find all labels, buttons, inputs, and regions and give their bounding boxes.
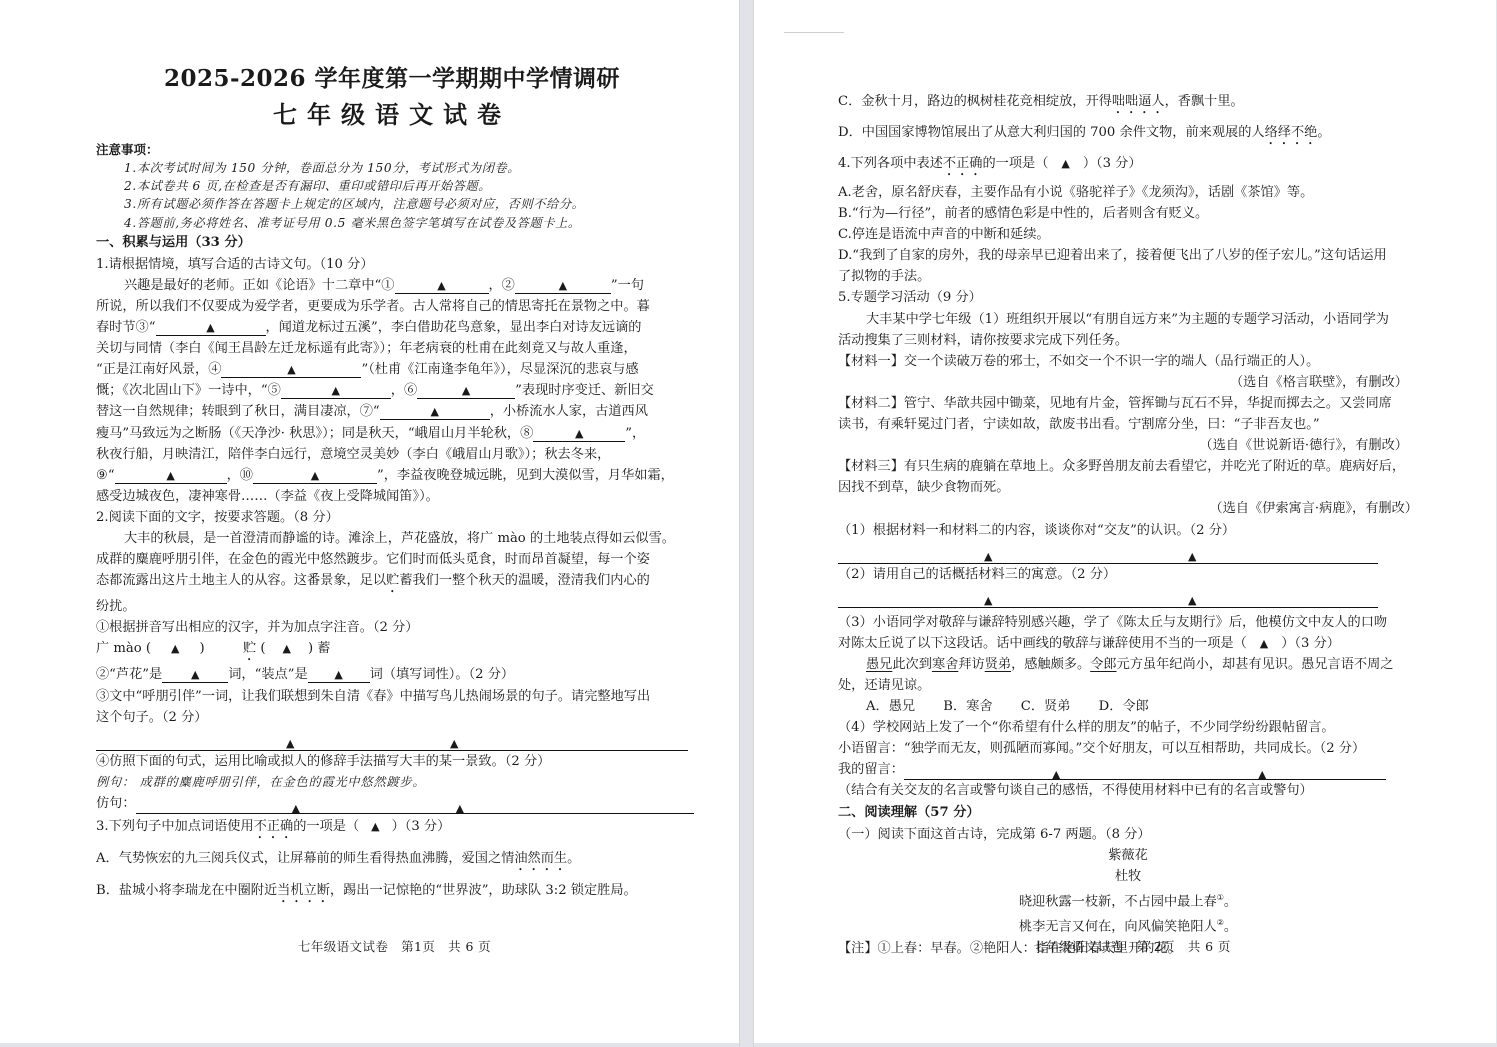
notice-block: 注意事项： 1.本次考试时间为 150 分钟，卷面总分为 150分，考试形式为闭…	[96, 140, 688, 232]
poem-line: 晓迎秋露一枝新，不占园中最上春①。	[838, 887, 1418, 912]
answer-marker-icon: ▲	[171, 642, 179, 655]
section-2-heading: 二、阅读理解（57 分）	[838, 802, 1418, 824]
question-1: 1.请根据情境，填写合适的古诗文句。（10 分） 兴趣是最好的老师。正如《论语》…	[96, 254, 688, 507]
imitation-row: 仿句：▲▲	[96, 793, 688, 814]
answer-marker-icon: ▲	[430, 405, 438, 418]
notice-heading: 注意事项：	[96, 140, 688, 159]
text: B．盐城小将李瑞龙在中圈附近	[96, 883, 277, 898]
dotted-text: 络绎不绝	[1265, 125, 1318, 140]
imitation-label: 仿句：	[96, 796, 136, 811]
question-1-line: 秋夜行船，月映清江，陪伴李白远行，意境空灵美妙（李白《峨眉山月歌》）；秋去冬来，	[96, 444, 688, 465]
text: ”一句	[611, 278, 644, 293]
question-1-line: 兴趣是最好的老师。正如《论语》十二章中“①▲，②▲”一句	[96, 275, 688, 296]
text: ⑨“	[96, 468, 115, 483]
material-1-source: （选自《格言联壁》，有删改）	[838, 372, 1418, 393]
text: 替这一自然规律；转眼到了秋日，满目凄凉，⑦“	[96, 404, 380, 419]
section-1-heading: 一、积累与运用（33 分）	[96, 232, 688, 254]
text: 态都流露出这片土地主人的从容。这番景象，足以	[96, 573, 386, 588]
answer-blank-10[interactable]: ▲	[253, 468, 377, 484]
exam-subtitle: 七年级语文试卷	[96, 96, 688, 134]
question-1-line: 瘦马”马致远为之断肠（《天净沙· 秋思》）；同是秋天，“峨眉山月半轮秋，⑧▲”，	[96, 423, 688, 444]
text: 的一项是（	[293, 819, 359, 834]
notice-item: 3.所有试题必须作答在答题卡上规定的区域内，注意题号必须对应，否则不给分。	[96, 195, 688, 213]
question-4-heading: 4.下列各项中表述不正确的一项是（ ▲ ）（3 分）	[838, 153, 1418, 179]
question-1-line: 慨；《次北固山下》一诗中，“⑤▲，⑥▲”表现时序变迁、新旧交	[96, 380, 688, 401]
option-b: B．盐城小将李瑞龙在中圈附近当机立断，踢出一记惊艳的“世界波”，助球队 3:2 …	[96, 880, 688, 906]
text: 词（填写词性）。（2 分）	[370, 667, 514, 682]
answer-blank[interactable]: ▲	[162, 667, 228, 683]
answer-blank-9[interactable]: ▲	[115, 468, 227, 484]
part-1-heading: （一）阅读下面这首古诗，完成第 6-7 两题。（8 分）	[838, 824, 1418, 845]
answer-blank-6[interactable]: ▲	[417, 383, 515, 399]
text: 春时节③“	[96, 320, 156, 335]
question-1-line: 春时节③“▲，闻道龙标过五溪”，李白借助花鸟意象，显出李白对诗友远谪的	[96, 317, 688, 338]
sub-question-4: （4）学校网站上发了一个“你希望有什么样的朋友”的帖子，不少同学纷纷跟帖留言。	[838, 717, 1418, 738]
answer-marker-icon: ▲	[166, 469, 174, 482]
underlined-word: 寒舍	[932, 657, 958, 672]
option-c: C．贤弟	[1021, 696, 1071, 717]
question-2-heading: 2.阅读下面的文字，按要求答题。（8 分）	[96, 507, 688, 528]
answer-marker-icon: ▲	[292, 798, 300, 819]
notice-item: 2.本试卷共 6 页,在检查是否有漏印、重印或错印后再开始答题。	[96, 177, 688, 195]
answer-line[interactable]: ▲ ▲	[96, 730, 688, 751]
text: ，感触颇多。	[1011, 657, 1090, 672]
question-1-line: “正是江南好风景，④▲”（杜甫《江南逢李龟年》），尽显深沉的悲哀与感	[96, 359, 688, 380]
answer-marker-icon: ▲	[191, 668, 199, 681]
option-a: A.老舍，原名舒庆春，主要作品有小说《骆驼祥子》《龙须沟》，话剧《茶馆》等。	[838, 182, 1418, 203]
answer-marker-icon: ▲	[287, 363, 295, 376]
answer-marker-icon: ▲	[1061, 157, 1069, 170]
answer-marker-icon: ▲	[984, 590, 992, 611]
text: 拜访	[958, 657, 984, 672]
text: ”，	[625, 426, 645, 441]
material-2: 【材料二】管宁、华歆共园中锄菜，见地有片金，管挥锄与瓦石不异，华捉而掷去之。又尝…	[838, 393, 1418, 414]
passage-line: 纷扰。	[96, 596, 688, 617]
text: ）（3 分）	[1281, 636, 1340, 651]
text: 。	[1224, 894, 1237, 909]
answer-marker-icon: ▲	[332, 384, 340, 397]
answer-blank-7[interactable]: ▲	[380, 404, 490, 420]
answer-blank[interactable]: ▲	[308, 667, 370, 683]
answer-slot[interactable]: ▲	[363, 816, 387, 837]
answer-slot[interactable]: ▲	[1053, 153, 1079, 174]
answer-blank-8[interactable]: ▲	[533, 426, 625, 442]
sub-question-3: ③文中“呼朋引伴”一词，让我们联想到朱自清《春》中描写鸟儿热闹场景的句子。请完整…	[96, 686, 688, 707]
text: 桃李无言又何在，向风偏笑艳阳人	[1019, 920, 1217, 935]
text: ，闻道龙标过五溪”，李白借助花鸟意象，显出李白对诗友远谪的	[266, 320, 642, 335]
text: 元方虽年纪尚小，却甚有见识。愚兄言语不周之	[1117, 657, 1394, 672]
option-c: C．金秋十月，路边的枫树桂花竞相绽放，开得咄咄逼人，香飘十里。	[838, 91, 1418, 117]
sub-question-2: （2）请用自己的话概括材料三的寓意。（2 分）	[838, 564, 1418, 585]
text: ，香飘十里。	[1165, 94, 1244, 109]
sub-question-3: 对陈太丘说了以下这段话。话中画线的敬辞与谦辞使用不当的一项是（ ▲ ）（3 分）	[838, 633, 1418, 654]
option-b: B．寒舍	[943, 696, 992, 717]
dotted-text: 油然而生	[514, 851, 567, 866]
text: D．中国国家博物馆展出了从意大利归国的 700 余件文物，前来观展的人	[838, 125, 1265, 140]
answer-marker-icon: ▲	[450, 733, 458, 754]
answer-marker-icon: ▲	[1052, 764, 1060, 785]
option-d: D．中国国家博物馆展出了从意大利归国的 700 余件文物，前来观展的人络绎不绝。	[838, 122, 1418, 148]
text: ”，李益夜晚登城远眺，见到大漠似雪，月华如霜，	[377, 468, 674, 483]
option-a: A．愚兄	[866, 696, 915, 717]
passage-line: 成群的麋鹿呼朋引伴，在金色的霞光中悠然踱步。它们时而低头觅食，时而昂首凝望，每一…	[96, 549, 688, 570]
my-message-label: 我的留言：	[838, 762, 904, 777]
text: 慨；《次北固山下》一诗中，“⑤	[96, 383, 281, 398]
text: ②“芦花”是	[96, 667, 162, 682]
footnote-mark: ②	[1217, 918, 1224, 927]
answer-slot[interactable]: ▲	[270, 638, 304, 659]
answer-line[interactable]: ▲ ▲	[838, 587, 1378, 608]
text: 兴趣是最好的老师。正如《论语》十二章中“①	[124, 278, 395, 293]
answer-marker-icon: ▲	[1188, 590, 1196, 611]
sub-question-3-passage: 愚兄此次到寒舍拜访贤弟，感触颇多。令郎元方虽年纪尚小，却甚有见识。愚兄言语不周之	[838, 654, 1418, 675]
answer-marker-icon: ▲	[1260, 637, 1268, 650]
sub-question-3: 这个句子。（2 分）	[96, 707, 688, 728]
dotted-text: 不正确	[943, 156, 983, 171]
answer-blank-2[interactable]: ▲	[515, 278, 611, 294]
text: ，⑥	[391, 383, 417, 398]
answer-blank-5[interactable]: ▲	[281, 383, 391, 399]
text: 晓迎秋露一枝新，不占园中最上春	[1019, 894, 1217, 909]
example-sentence: 例句： 成群的麋鹿呼朋引伴，在金色的霞光中悠然踱步。	[96, 772, 688, 793]
answer-slot[interactable]: ▲	[155, 638, 195, 659]
option-a: A．气势恢宏的九三阅兵仪式，让屏幕前的师生看得热血沸腾，爱国之情油然而生。	[96, 848, 688, 874]
answer-blank-1[interactable]: ▲	[395, 278, 489, 294]
material-2-source: （选自《世说新语·德行》，有删改）	[838, 435, 1418, 456]
question-1-line: 关切与同情（李白《闻王昌龄左迁龙标遥有此寄》）；年老病衰的杜甫在此刻竟又与故人重…	[96, 338, 688, 359]
text: 对陈太丘说了以下这段话。话中画线的敬辞与谦辞使用不当的一项是（	[838, 636, 1247, 651]
sub-question-4: 小语留言：“独学而无友，则孤陋而寡闻。”交个好朋友，可以互相帮助，共同成长。（2…	[838, 738, 1418, 759]
text: 。	[1224, 920, 1237, 935]
text: ，⑩	[227, 468, 253, 483]
sub-question-1: （1）根据材料一和材料二的内容，谈谈你对“交友”的认识。（2 分）	[838, 520, 1418, 541]
footnote-mark: ①	[1217, 893, 1224, 902]
answer-line[interactable]: ▲ ▲	[838, 543, 1378, 564]
sub-question-4: ④仿照下面的句式，运用比喻或拟人的修辞手法描写大丰的某一景致。（2 分）	[96, 751, 688, 772]
text: ”表现时序变迁、新旧交	[515, 383, 654, 398]
page-gutter	[739, 0, 754, 1047]
material-3: 因找不到草，缺少食物而死。	[838, 477, 1418, 498]
passage-line: 大丰的秋晨，是一首澄清而静谧的诗。滩涂上，芦花盛放，将广 mào 的土地装点得如…	[96, 528, 688, 549]
sub-question-1: ①根据拼音写出相应的汉字，并为加点字注音。（2 分）	[96, 617, 688, 638]
text: 词，“装点”是	[228, 667, 307, 682]
underlined-word: 贤弟	[985, 657, 1011, 672]
option-d: D．令郎	[1099, 696, 1149, 717]
text: ）（3 分）	[392, 819, 451, 834]
material-3: 【材料三】有只生病的鹿躺在草地上。众多野兽朋友前去看望它，并吃光了附近的草。鹿病…	[838, 456, 1418, 477]
notice-item: 1.本次考试时间为 150 分钟，卷面总分为 150分，考试形式为闭卷。	[96, 159, 688, 177]
notice-item: 4.答题前,务必将姓名、准考证号用 0.5 毫米黑色签字笔填写在试卷及答题卡上。	[96, 214, 688, 232]
text: 3.下列句子中加点词语使用	[96, 819, 254, 834]
exam-title: 2025-2026 学年度第一学期期中学情调研	[96, 62, 688, 96]
question-5-heading: 5.专题学习活动（9 分）	[838, 287, 1418, 308]
page-1-content: 2025-2026 学年度第一学期期中学情调研 七年级语文试卷 注意事项： 1.…	[96, 62, 688, 906]
answer-marker-icon: ▲	[371, 820, 379, 833]
dotted-character: 贮	[243, 641, 256, 656]
exam-page-2: C．金秋十月，路边的枫树桂花竞相绽放，开得咄咄逼人，香飘十里。 D．中国国家博物…	[754, 0, 1496, 1043]
answer-marker-icon: ▲	[334, 668, 342, 681]
intro-line: 大丰某中学七年级（1）班组织开展以“有朋自远方来”为主题的专题学习活动，小语同学…	[838, 309, 1418, 330]
page-footer: 七年级语文试卷 第1页 共 6 页	[0, 937, 739, 955]
intro-line: 活动搜集了三则材料，请你按要求完成下列任务。	[838, 330, 1418, 351]
text: 此次到	[892, 657, 932, 672]
answer-marker-icon: ▲	[462, 384, 470, 397]
sub-question-3-passage: 处，还请见谅。	[838, 675, 1418, 696]
passage-line: 态都流露出这片土地主人的从容。这番景象，足以贮蓄我们一整个秋天的温暖，澄清我们内…	[96, 570, 688, 596]
answer-marker-icon: ▲	[559, 279, 567, 292]
dotted-character: 贮	[386, 573, 399, 588]
my-message-answer-line[interactable]: ▲▲	[904, 763, 1386, 780]
text: ，小桥流水人家，古道西风	[490, 404, 648, 419]
answer-marker-icon: ▲	[311, 469, 319, 482]
question-1-line: 所说，所以我们不仅要成为爱学者，更要成为乐学者。古人常将自己的情思寄托在景物之中…	[96, 296, 688, 317]
text: 蓄我们一整个秋天的温暖，澄清我们内心的	[399, 573, 650, 588]
answer-marker-icon: ▲	[283, 642, 291, 655]
text: 4.下列各项中表述	[838, 156, 943, 171]
text: ，踢出一记惊艳的“世界波”，助球队 3:2 锁定胜局。	[330, 883, 637, 898]
question-5: 5.专题学习活动（9 分） 大丰某中学七年级（1）班组织开展以“有朋自远方来”为…	[838, 287, 1418, 801]
text: 广 mào (	[96, 641, 151, 656]
text: ，②	[489, 278, 515, 293]
question-1-line: ⑨“▲，⑩▲”，李益夜晚登城远眺，见到大漠似雪，月华如霜，	[96, 465, 688, 486]
option-d-cont: 了拟物的手法。	[838, 266, 1418, 287]
answer-marker-icon: ▲	[1258, 764, 1266, 785]
text: 。	[567, 851, 580, 866]
option-b: B.“行为—行径”，前者的感情色彩是中性的，后者则含有贬义。	[838, 203, 1418, 224]
question-1-line: 感受边城夜色，凄神寒骨……（李益《夜上受降城闻笛》）。	[96, 486, 688, 507]
answer-marker-icon: ▲	[286, 733, 294, 754]
scan-artifact	[784, 32, 844, 33]
text: C．金秋十月，路边的枫树桂花竞相绽放，开得	[838, 94, 1112, 109]
question-4: 4.下列各项中表述不正确的一项是（ ▲ ）（3 分） A.老舍，原名舒庆春，主要…	[838, 153, 1418, 287]
page-footer: 七年级语文试卷 第 2页 共 6 页	[754, 937, 1496, 955]
sub-question-1-answers: 广 mào ( ▲ ) 贮 ( ▲ ) 蓄	[96, 638, 688, 664]
question-1-heading: 1.请根据情境，填写合适的古诗文句。（10 分）	[96, 254, 688, 275]
answer-marker-icon: ▲	[456, 798, 464, 819]
text: (	[260, 641, 265, 656]
page-2-content: C．金秋十月，路边的枫树桂花竞相绽放，开得咄咄逼人，香飘十里。 D．中国国家博物…	[838, 91, 1418, 959]
answer-marker-icon: ▲	[206, 321, 214, 334]
text: 的一项是（	[982, 156, 1048, 171]
text: ）（3 分）	[1083, 156, 1142, 171]
text: 瘦马”马致远为之断肠（《天净沙· 秋思》）；同是秋天，“峨眉山月半轮秋，⑧	[96, 426, 533, 441]
answer-marker-icon: ▲	[984, 546, 992, 567]
answer-marker-icon: ▲	[1188, 546, 1196, 567]
answer-marker-icon: ▲	[575, 427, 583, 440]
material-3-source: （选自《伊索寓言·病鹿》，有删改）	[838, 498, 1418, 519]
text: 。	[1317, 125, 1330, 140]
answer-blank-4[interactable]: ▲	[221, 362, 361, 378]
my-message-row: 我的留言：▲▲	[838, 759, 1418, 780]
question-1-line: 替这一自然规律；转眼到了秋日，满目凄凉，⑦“▲，小桥流水人家，古道西风	[96, 401, 688, 422]
sub-question-3: （3）小语同学对敬辞与谦辞特别感兴趣，学了《陈太丘与友期行》后，他模仿文中友人的…	[838, 612, 1418, 633]
dotted-text: 当机立断	[277, 883, 330, 898]
exam-page-1: 2025-2026 学年度第一学期期中学情调研 七年级语文试卷 注意事项： 1.…	[0, 0, 739, 1043]
sub-question-4-note: （结合有关交友的名言或警句谈自己的感悟，不得使用材料中已有的名言或警句）	[838, 780, 1418, 801]
question-3-heading: 3.下列句子中加点词语使用不正确的一项是（ ▲ ）（3 分）	[96, 816, 688, 842]
underlined-word: 令郎	[1090, 657, 1116, 672]
text: A．气势恢宏的九三阅兵仪式，让屏幕前的师生看得热血沸腾，爱国之情	[96, 851, 514, 866]
answer-marker-icon: ▲	[437, 279, 445, 292]
text: ) 蓄	[308, 641, 331, 656]
poem-author: 杜牧	[838, 866, 1418, 887]
answer-slot[interactable]: ▲	[1251, 633, 1277, 654]
option-c: C.停连是语流中声音的中断和延续。	[838, 224, 1418, 245]
material-2: 读书，有乘轩冕过门者，宁读如故，歆废书出看。宁割席分坐，曰：“子非吾友也。”	[838, 414, 1418, 435]
question-2: 2.阅读下面的文字，按要求答题。（8 分） 大丰的秋晨，是一首澄清而静谧的诗。滩…	[96, 507, 688, 814]
sub-question-2: ②“芦花”是▲词，“装点”是▲词（填写词性）。（2 分）	[96, 664, 688, 685]
sub-question-3-options: A．愚兄 B．寒舍 C．贤弟 D．令郎	[838, 696, 1418, 717]
text: )	[199, 641, 204, 656]
dotted-text: 不正确	[254, 819, 294, 834]
underlined-word: 愚兄	[866, 657, 892, 672]
poem-line: 桃李无言又何在，向风偏笑艳阳人②。	[838, 912, 1418, 937]
material-1: 【材料一】交一个读破万卷的邪士，不如交一个不识一字的端人（品行端正的人）。	[838, 351, 1418, 372]
question-3: 3.下列句子中加点词语使用不正确的一项是（ ▲ ）（3 分） A．气势恢宏的九三…	[96, 816, 688, 906]
text: ”（杜甫《江南逢李龟年》），尽显深沉的悲哀与感	[361, 362, 638, 377]
text: “正是江南好风景，④	[96, 362, 221, 377]
poem-title: 紫薇花	[838, 845, 1418, 866]
imitation-answer-line[interactable]: ▲▲	[136, 797, 694, 814]
answer-blank-3[interactable]: ▲	[156, 320, 266, 336]
dotted-text: 咄咄逼人	[1112, 94, 1165, 109]
option-d: D.“我到了自家的房外，我的母亲早已迎着出来了，接着便飞出了八岁的侄子宏儿。”这…	[838, 245, 1418, 266]
